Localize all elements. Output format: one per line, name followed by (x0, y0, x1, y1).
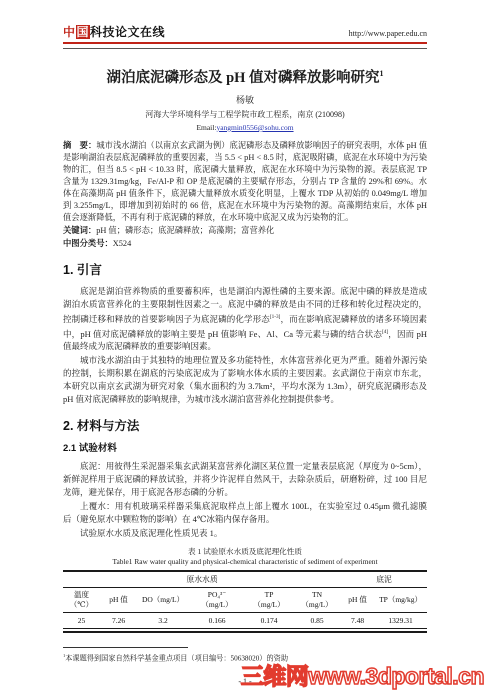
col-header-po4: PO₄³⁻（mg/L） (189, 588, 245, 613)
paper-title: 湖泊底泥磷形态及 pH 值对磷释放影响研究1 (63, 64, 427, 88)
keywords-text: pH 值；磷形态；底泥磷释放；高藻期；富营养化 (96, 226, 274, 235)
col-header-do: DO（mg/L） (137, 588, 189, 613)
email-line: Email:yangmin0556@sohu.com (63, 123, 427, 132)
abstract-text: 城市浅水湖泊（以南京玄武湖为例）底泥磷形态及磷释放影响因子的研究表明，水体 pH… (63, 141, 427, 222)
author-affiliation: 河海大学环境科学与工程学院市政工程系，南京 (210098) (63, 110, 427, 120)
site-header: 中国科技论文在线 http://www.paper.edu.cn (63, 25, 427, 49)
cell-temperature: 25 (63, 613, 100, 629)
col-header-tn: TN（mg/L） (293, 588, 341, 613)
table-1-caption-en: Table1 Raw water quality and physical-ch… (63, 557, 427, 567)
abstract-label: 摘 要： (63, 141, 96, 150)
cell-ph-sediment: 7.48 (341, 613, 374, 629)
cell-po4: 0.166 (189, 613, 245, 629)
cell-tn: 0.85 (293, 613, 341, 629)
cell-ph-water: 7.26 (100, 613, 137, 629)
group-header-raw-water: 原水水质 (63, 571, 341, 588)
cell-tp-sediment: 1329.31 (374, 613, 427, 629)
col-header-temperature: 温度（℃） (63, 588, 100, 613)
cell-do: 3.2 (137, 613, 189, 629)
abstract-paragraph: 摘 要：城市浅水湖泊（以南京玄武湖为例）底泥磷形态及磷释放影响因子的研究表明，水… (63, 140, 427, 224)
keywords-label: 关键词： (63, 226, 96, 235)
clc-line: 中图分类号：X524 (63, 238, 427, 250)
email-label: Email: (196, 123, 216, 132)
header-row: 中国科技论文在线 http://www.paper.edu.cn (63, 25, 427, 39)
group-header-sediment: 底泥 (341, 571, 427, 588)
paper-edu-logo: 中国科技论文在线 (63, 25, 165, 39)
logo-text: 科技论文在线 (90, 25, 165, 39)
section-2-1-paragraph-1: 底泥：用彼得生采泥器采集玄武湖某富营养化湖区某位置一定量表层底泥（厚度为 0~5… (63, 460, 427, 499)
clc-text: X524 (113, 239, 131, 248)
clc-label: 中图分类号： (63, 239, 113, 248)
paper-title-text: 湖泊底泥磷形态及 pH 值对磷释放影响研究 (106, 70, 379, 86)
table-1: 原水水质 底泥 温度（℃） pH 值 DO（mg/L） PO₄³⁻（mg/L） … (63, 570, 427, 633)
col-header-ph-water: pH 值 (100, 588, 137, 613)
logo-zhong-glyph: 中 (63, 25, 76, 39)
header-rule-thick (63, 42, 427, 44)
3dportal-watermark: 三维网www.3dportal.cn (241, 658, 484, 691)
section-1-paragraph-1: 底泥是湖泊营养物质的重要蓄积库，也是湖泊内源性磷的主要来源。底泥中磷的释放是造成… (63, 285, 427, 354)
section-1-paragraph-2: 城市浅水湖泊由于其独特的地理位置及多功能特性，水体富营养化更为严重。随着外源污染… (63, 354, 427, 406)
table-header-row: 温度（℃） pH 值 DO（mg/L） PO₄³⁻（mg/L） TP（mg/L）… (63, 588, 427, 613)
table-1-caption-cn: 表 1 试验原水水质及底泥理化性质 (63, 547, 427, 557)
table-data-row: 25 7.26 3.2 0.166 0.174 0.85 7.48 1329.3… (63, 613, 427, 629)
section-2-heading: 2. 材料与方法 (63, 419, 427, 434)
table-bottom-spacer (63, 629, 427, 632)
section-2-1-paragraph-2: 上覆水：用有机玻璃采样器采集底泥取样点上部上覆水 100L，在实验室过 0.45… (63, 500, 427, 526)
section-2-1-paragraph-3: 试验原水水质及底泥理化性质见表 1。 (63, 527, 427, 540)
col-header-ph-sediment: pH 值 (341, 588, 374, 613)
cell-tp-water: 0.174 (245, 613, 293, 629)
footnote-divider (63, 647, 188, 648)
site-url-link[interactable]: http://www.paper.edu.cn (349, 29, 427, 39)
title-footnote-mark: 1 (380, 69, 384, 78)
author-name: 杨敏 (63, 95, 427, 106)
section-2-1-heading: 2.1 试验材料 (63, 443, 427, 455)
keywords-line: 关键词：pH 值；磷形态；底泥磷释放；高藻期；富营养化 (63, 225, 427, 237)
paper-page: 中国科技论文在线 http://www.paper.edu.cn 湖泊底泥磷形态… (0, 0, 490, 693)
header-rule-thin (63, 48, 427, 49)
table-group-header-row: 原水水质 底泥 (63, 571, 427, 588)
email-address-link[interactable]: yangmin0556@sohu.com (216, 123, 293, 132)
logo-guo-glyph: 国 (76, 25, 91, 39)
col-header-tp-water: TP（mg/L） (245, 588, 293, 613)
col-header-tp-sediment: TP（mg/kg） (374, 588, 427, 613)
section-1-heading: 1. 引言 (63, 263, 427, 278)
